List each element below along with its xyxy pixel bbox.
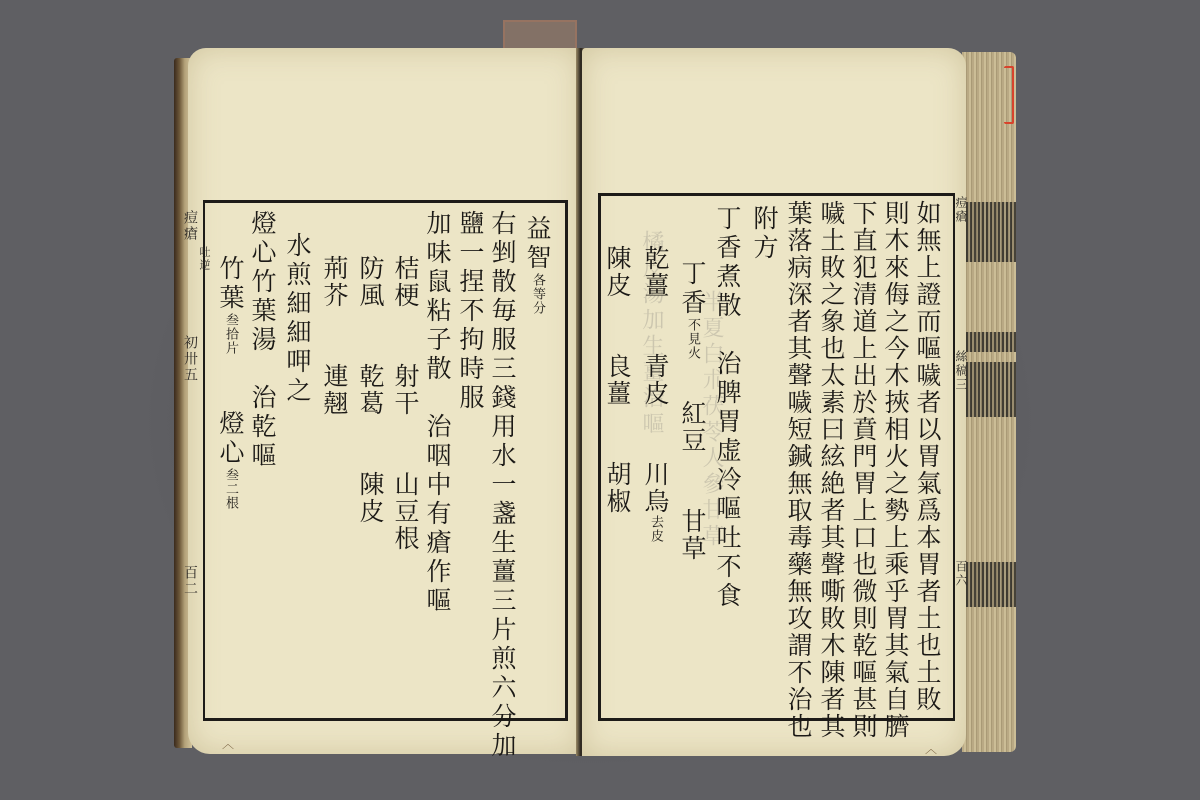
- text-column-heading: 附方: [752, 205, 777, 263]
- text-column: 葉落病深者其聲噦短鍼無取毒藥無攻謂不治也: [786, 200, 811, 740]
- text-column: 鹽一捏不拘時服: [458, 210, 483, 413]
- red-seal-bracket: [1004, 66, 1014, 124]
- left-margin-section: 初卅五: [180, 335, 200, 383]
- right-margin-title: 痘瘡: [953, 196, 970, 224]
- text-column: 桔梗 射干 山豆根: [393, 255, 418, 552]
- text-column: 燈心叁二根: [218, 410, 243, 510]
- edge-ink-mark: [962, 202, 1016, 262]
- text-column: 下直犯清道上出於賁門胃上口也微則乾嘔甚則: [851, 200, 876, 740]
- text-column: 噦土敗之象也太素曰絃絶者其聲嘶敗木陳者其: [819, 200, 844, 740]
- page-wear-mark: ︿: [222, 735, 234, 752]
- text-column: 益智各等分: [525, 215, 550, 315]
- left-margin-page-number: 百二: [180, 565, 200, 597]
- text-column: 防風 乾葛 陳皮: [358, 255, 383, 525]
- book-fore-edge-right: [962, 52, 1016, 752]
- text-column: 加味鼠粘子散 治咽中有瘡作嘔: [425, 210, 450, 616]
- edge-ink-mark: [962, 362, 1016, 417]
- text-column: 如無上證而嘔噦者以胃氣爲本胃者土也土敗: [915, 200, 940, 713]
- text-column: 燈心竹葉湯 治乾嘔: [250, 210, 275, 471]
- left-margin-subtitle: 吐逆: [196, 246, 212, 272]
- left-margin-title: 痘瘡: [180, 210, 200, 242]
- text-column: 乾薑 青皮 川烏去皮: [643, 245, 668, 543]
- text-column: 紅豆 甘草: [680, 400, 705, 562]
- text-column: 竹葉叁拾片: [218, 255, 243, 355]
- text-column: 則木來侮之今木挾相火之勢上乘乎胃其氣自臍: [883, 200, 908, 740]
- text-column: 荊芥 連翹: [322, 255, 347, 417]
- edge-ink-mark: [962, 332, 1016, 352]
- edge-ink-mark: [962, 562, 1016, 607]
- right-margin-section: 絲稿三: [953, 350, 970, 392]
- text-column: 丁香不見火: [680, 260, 705, 360]
- text-column: 陳皮 良薑 胡椒: [605, 245, 630, 515]
- text-column: 丁香煮散 治脾胃虚冷嘔吐不食: [715, 205, 740, 611]
- right-margin-page-number: 百六: [953, 560, 970, 588]
- page-wear-mark: ︿: [925, 740, 937, 757]
- text-column: 水煎細細呷之: [285, 232, 310, 406]
- text-column: 右剉散毎服三錢用水一盞生薑三片煎六分加: [490, 210, 515, 761]
